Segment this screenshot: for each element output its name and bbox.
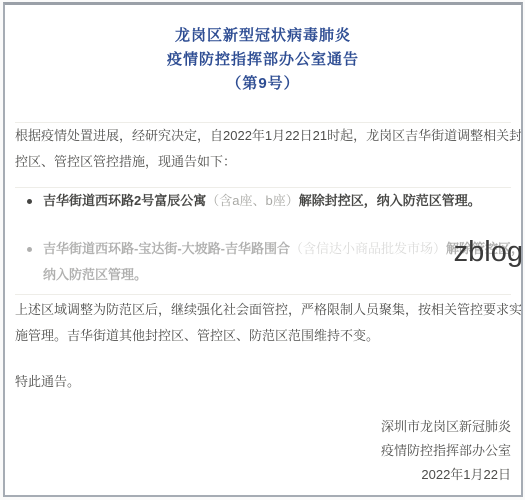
item-line: 吉华街道西环路-宝达街-大坡路-吉华路围合（含信达小商品批发市场）解除管控区， (43, 236, 511, 262)
notice-title: 龙岗区新型冠状病毒肺炎 疫情防控指挥部办公室通告 （第9号） (15, 5, 511, 96)
item-detail: （含信达小商品批发市场） (290, 241, 446, 256)
signature-org-line-1: 深圳市龙岗区新冠肺炎 (15, 415, 511, 439)
body-line-2: 施管理。吉华街道其他封控区、管控区、防范区范围维持不变。 (15, 323, 511, 349)
item-location: 吉华街道西环路-宝达街-大坡路-吉华路围合 (43, 241, 290, 256)
list-item-fuchen-apartment: 吉华街道西环路2号富辰公寓（含a座、b座）解除封控区，纳入防范区管理。 (15, 188, 511, 214)
body-line-1: 上述区域调整为防范区后，继续强化社会面管控，严格限制人员聚集，按相关管控要求实 (15, 297, 511, 323)
notice-document: 龙岗区新型冠状病毒肺炎 疫情防控指挥部办公室通告 （第9号） 根据疫情处置进展，… (3, 2, 523, 497)
item-detail: （含a座、b座） (206, 193, 298, 208)
item-line-continued: 纳入防范区管理。 (43, 262, 511, 288)
section-divider-bottom (15, 294, 511, 295)
body-paragraph: 上述区域调整为防范区后，继续强化社会面管控，严格限制人员聚集，按相关管控要求实 … (15, 297, 511, 349)
signature-org-line-2: 疫情防控指挥部办公室 (15, 439, 511, 463)
notice-page: 龙岗区新型冠状病毒肺炎 疫情防控指挥部办公室通告 （第9号） 根据疫情处置进展，… (0, 0, 525, 500)
item-line: 吉华街道西环路2号富辰公寓（含a座、b座）解除封控区，纳入防范区管理。 (43, 188, 511, 214)
intro-line-2: 控区、管控区管控措施，现通告如下： (15, 149, 511, 175)
title-line-2: 疫情防控指挥部办公室通告 (15, 48, 511, 72)
notice-number: （第9号） (15, 72, 511, 96)
item-location: 吉华街道西环路2号富辰公寓 (43, 193, 206, 208)
item-action: 解除封控区，纳入防范区管理。 (299, 193, 481, 208)
signature-date: 2022年1月22日 (15, 463, 511, 487)
intro-paragraph: 根据疫情处置进展，经研究决定，自2022年1月22日21时起，龙岗区吉华街道调整… (15, 123, 511, 175)
signature-block: 深圳市龙岗区新冠肺炎 疫情防控指挥部办公室 2022年1月22日 (15, 415, 511, 487)
list-item-xihuan-road-area: 吉华街道西环路-宝达街-大坡路-吉华路围合（含信达小商品批发市场）解除管控区， … (15, 236, 511, 288)
watermark-text: zblog (454, 236, 523, 268)
adjustment-list: 吉华街道西环路2号富辰公寓（含a座、b座）解除封控区，纳入防范区管理。 吉华街道… (15, 188, 511, 288)
title-line-1: 龙岗区新型冠状病毒肺炎 (15, 24, 511, 48)
closing-statement: 特此通告。 (15, 369, 511, 395)
intro-line-1: 根据疫情处置进展，经研究决定，自2022年1月22日21时起，龙岗区吉华街道调整… (15, 123, 511, 149)
